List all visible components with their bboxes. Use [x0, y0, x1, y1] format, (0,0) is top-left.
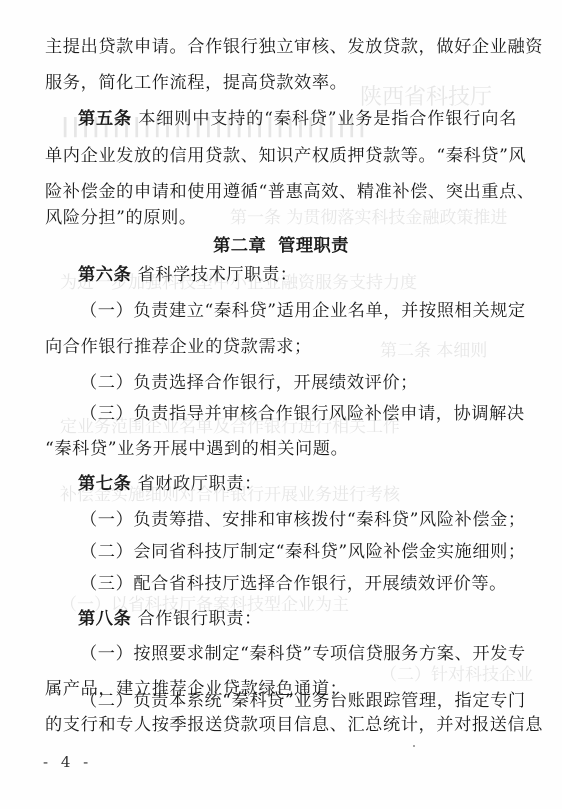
article-text: 省科学技术厅职责：	[131, 265, 297, 285]
article-6-item-3-cont: “秦科贷”业务开展中遇到的相关问题。	[45, 438, 517, 460]
article-label: 第七条	[78, 474, 131, 494]
article-label: 第六条	[78, 265, 131, 285]
article-7-item-1: （一）负责筹措、安排和审核拨付“秦科贷”风险补偿金；	[80, 509, 517, 531]
paragraph-line: 单内企业发放的信用贷款、知识产权质押贷款等。“秦科贷”风	[45, 145, 517, 167]
chapter-heading: 第二章管理职责	[0, 235, 562, 257]
article-6-item-2: （二）负责选择合作银行，开展绩效评价；	[80, 372, 517, 394]
chapter-title: 管理职责	[278, 236, 349, 256]
article-8-item-2: （二）负责本系统“秦科贷”业务台账跟踪管理，指定专门	[80, 690, 517, 712]
article-6-item-1-cont: 向合作银行推荐企业的贷款需求；	[45, 336, 517, 358]
article-8-item-2-cont: 的支行和专人按季报送贷款项目信息、汇总统计，并对报送信息	[45, 714, 517, 736]
article-text: 合作银行职责：	[131, 609, 262, 629]
article-label: 第八条	[78, 609, 131, 629]
article-8-item-1: （一）按照要求制定“秦科贷”专项信贷服务方案、开发专	[80, 643, 517, 665]
article-7-heading: 第七条 省财政厅职责：	[78, 473, 517, 495]
article-label: 第五条	[78, 109, 132, 129]
document-page: 陕西省科技厅 ┃┃┃┃┃┃┃┃┃┃┃┃┃┃┃┃┃┃┃┃┃┃┃┃┃┃┃┃┃┃ 第一…	[0, 0, 562, 809]
article-text: 省财政厅职责：	[131, 474, 262, 494]
chapter-number: 第二章	[213, 236, 266, 256]
article-7-item-3: （三）配合省科技厅选择合作银行，开展绩效评价等。	[80, 573, 517, 595]
article-8-heading: 第八条 合作银行职责：	[78, 608, 517, 630]
paragraph-line: 险补偿金的申请和使用遵循“普惠高效、精准补偿、突出重点、	[45, 181, 517, 203]
paragraph-line: 风险分担”的原则。	[45, 207, 517, 229]
article-6-heading: 第六条 省科学技术厅职责：	[78, 264, 517, 286]
article-7-item-2: （二）会同省科技厅制定“秦科贷”风险补偿金实施细则；	[80, 541, 517, 563]
article-text: 本细则中支持的“秦科贷”业务是指合作银行向名	[132, 109, 517, 129]
article-5-line: 第五条 本细则中支持的“秦科贷”业务是指合作银行向名	[78, 108, 517, 130]
article-6-item-1: （一）负责建立“秦科贷”适用企业名单，并按照相关规定	[80, 300, 517, 322]
page-number: - 4 -	[43, 753, 92, 771]
paragraph-line: 主提出贷款申请。合作银行独立审核、发放贷款，做好企业融资	[45, 36, 517, 58]
paragraph-line: 服务，简化工作流程，提高贷款效率。	[45, 72, 517, 94]
scan-speck	[413, 745, 415, 747]
article-6-item-3: （三）负责指导并审核合作银行风险补偿申请，协调解决	[80, 403, 517, 425]
